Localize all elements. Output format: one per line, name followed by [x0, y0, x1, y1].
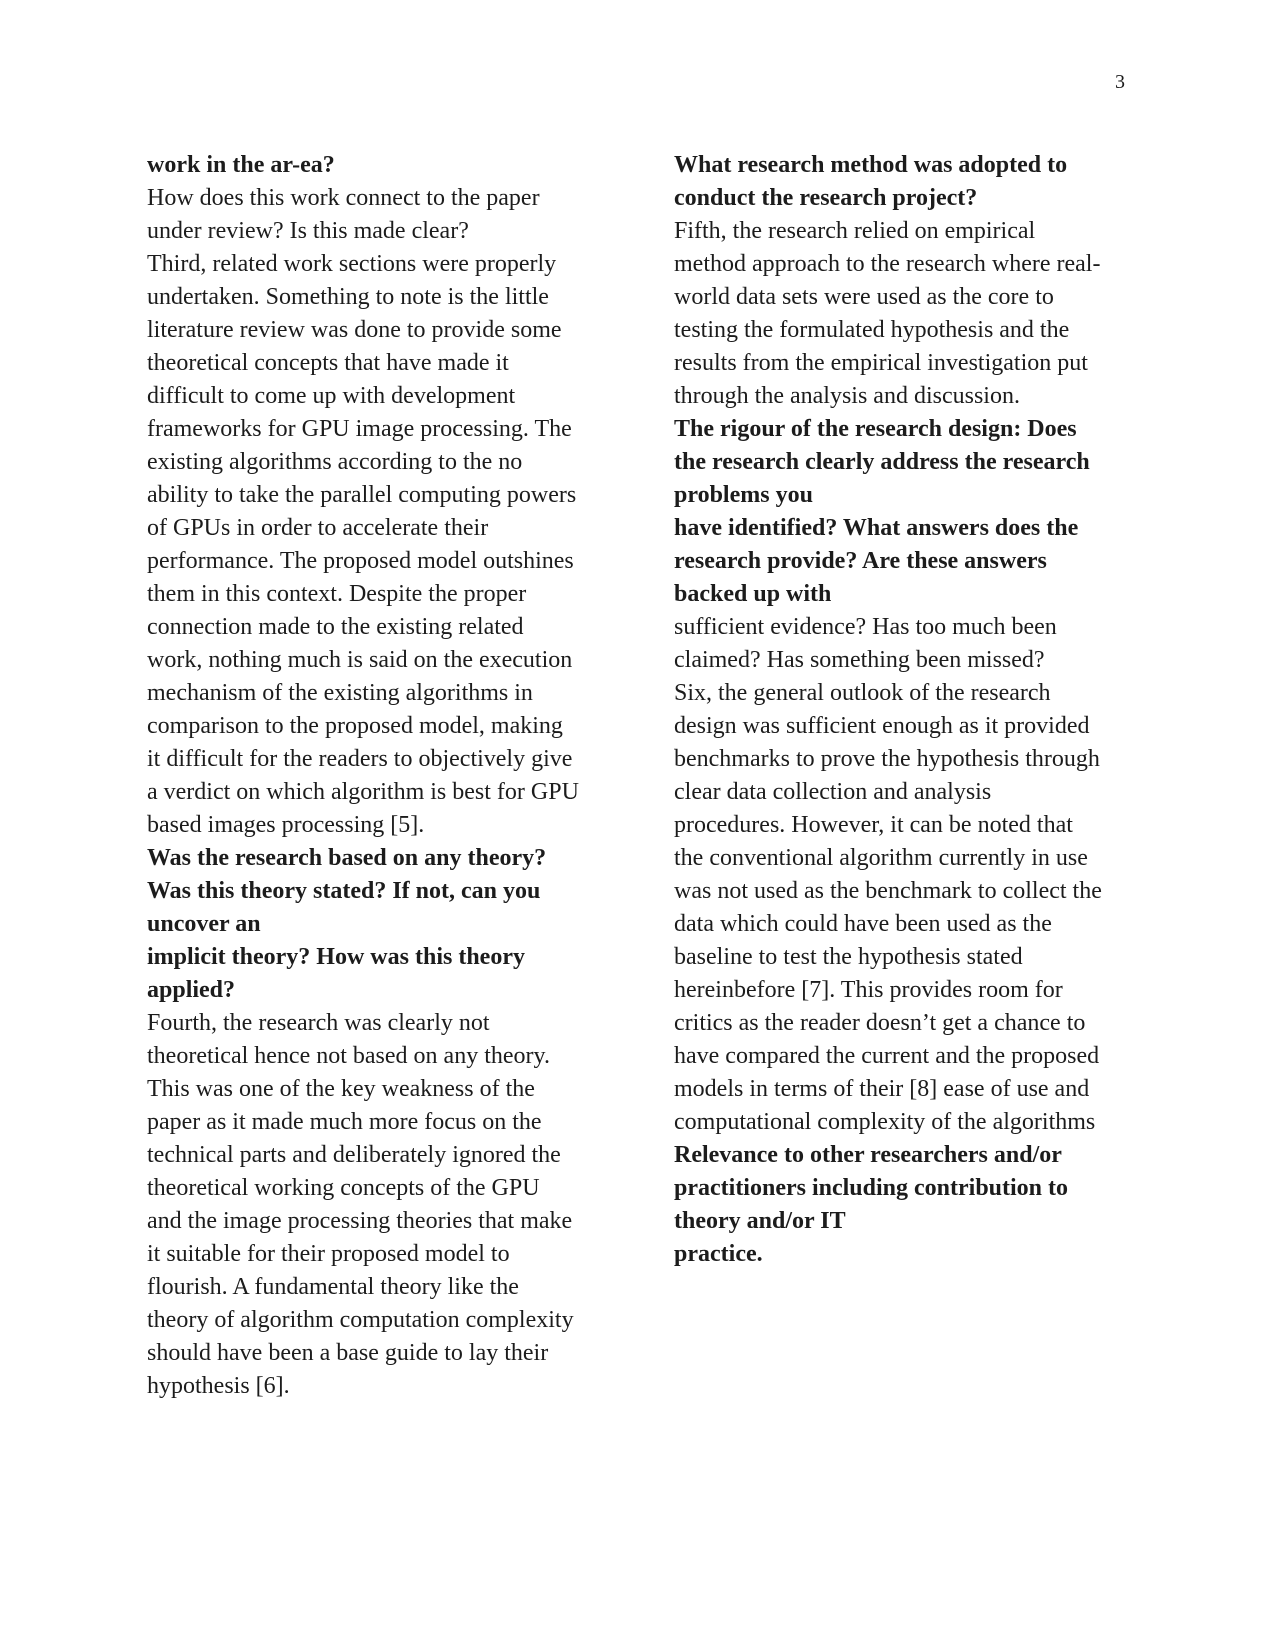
heading-relevance: Relevance to other researchers and/or pr…	[674, 1139, 1159, 1271]
paragraph-theory-answer: Fourth, the research was clearly not the…	[147, 1007, 622, 1403]
heading-rigour-question: The rigour of the research design: Does …	[674, 413, 1159, 611]
document-page: 3 work in the ar-ea? How does this work …	[0, 0, 1275, 1650]
heading-research-method: What research method was adopted to cond…	[674, 149, 1159, 215]
left-column: work in the ar-ea? How does this work co…	[147, 149, 622, 1403]
page-number: 3	[1102, 70, 1138, 94]
paragraph-research-method: Fifth, the research relied on empirical …	[674, 215, 1159, 413]
heading-related-work: work in the ar-ea?	[147, 149, 622, 182]
paragraph-rigour-answer: sufficient evidence? Has too much been c…	[674, 611, 1159, 1139]
heading-theory-question: Was the research based on any theory? Wa…	[147, 842, 622, 1007]
right-column: What research method was adopted to cond…	[674, 149, 1159, 1271]
paragraph-related-work: How does this work connect to the paper …	[147, 182, 622, 842]
